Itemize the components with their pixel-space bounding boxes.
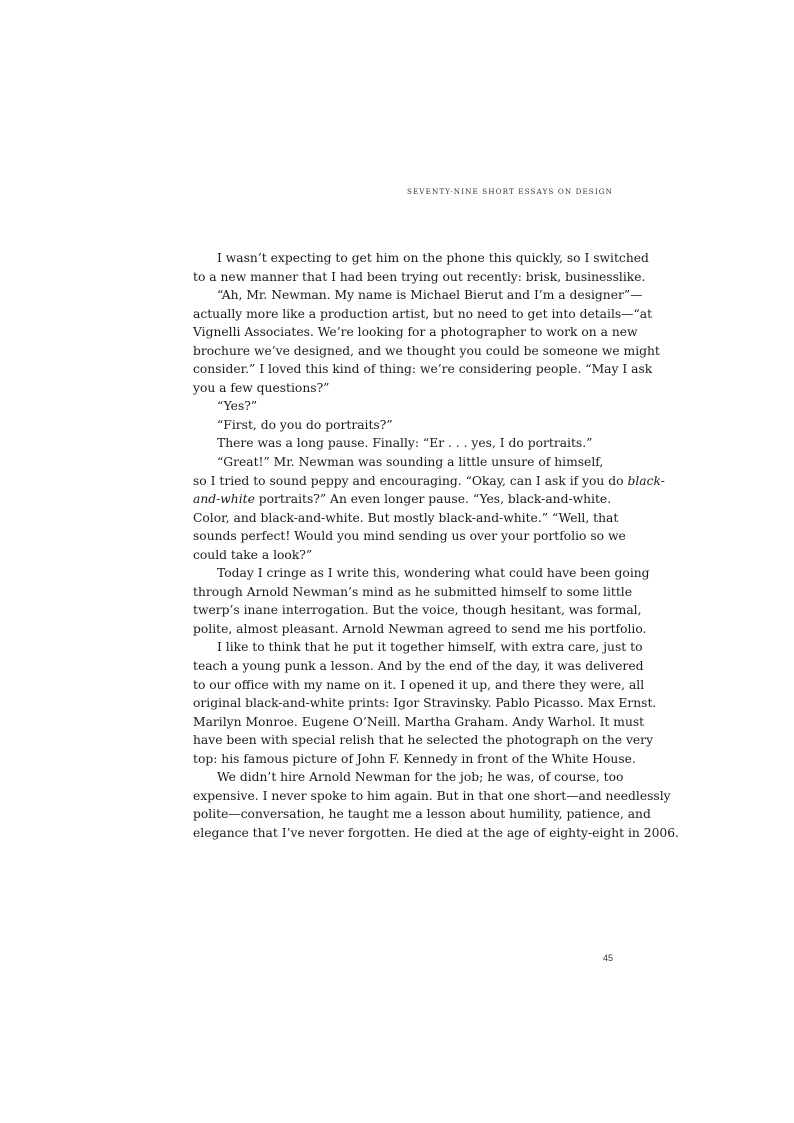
text-line: Marilyn Monroe. Eugene O’Neill. Martha G…: [193, 713, 615, 732]
text-line: teach a young punk a lesson. And by the …: [193, 657, 615, 676]
text-line: I wasn’t expecting to get him on the pho…: [193, 249, 615, 268]
text-line: “First, do you do portraits?”: [193, 416, 615, 435]
text-line: you a few questions?”: [193, 379, 615, 398]
text-line: Vignelli Associates. We’re looking for a…: [193, 323, 615, 342]
italic-text: black-: [627, 474, 664, 488]
text-line: could take a look?”: [193, 546, 615, 565]
text-line: twerp’s inane interrogation. But the voi…: [193, 601, 615, 620]
running-head: SEVENTY-NINE SHORT ESSAYS ON DESIGN: [380, 187, 613, 196]
text-line: There was a long pause. Finally: “Er . .…: [193, 434, 615, 453]
italic-text: and-white: [193, 492, 255, 506]
text-line: to our office with my name on it. I open…: [193, 676, 615, 695]
text-line: consider.” I loved this kind of thing: w…: [193, 360, 615, 379]
text-line: brochure we’ve designed, and we thought …: [193, 342, 615, 361]
text-line: so I tried to sound peppy and encouragin…: [193, 472, 615, 491]
text-line: Color, and black-and-white. But mostly b…: [193, 509, 615, 528]
text-line: Today I cringe as I write this, wonderin…: [193, 564, 615, 583]
text-line: top: his famous picture of John F. Kenne…: [193, 750, 615, 769]
text-line: to a new manner that I had been trying o…: [193, 268, 615, 287]
text-line: through Arnold Newman’s mind as he submi…: [193, 583, 615, 602]
text-line: “Ah, Mr. Newman. My name is Michael Bier…: [193, 286, 615, 305]
text-line: “Great!” Mr. Newman was sounding a littl…: [193, 453, 615, 472]
text-line: expensive. I never spoke to him again. B…: [193, 787, 615, 806]
text-line: polite, almost pleasant. Arnold Newman a…: [193, 620, 615, 639]
text-line: “Yes?”: [193, 397, 615, 416]
page-number: 45: [590, 953, 613, 963]
text-line: have been with special relish that he se…: [193, 731, 615, 750]
text-line: elegance that I’ve never forgotten. He d…: [193, 824, 615, 843]
text-line: original black-and-white prints: Igor St…: [193, 694, 615, 713]
text-line: actually more like a production artist, …: [193, 305, 615, 324]
text-line: and-white portraits?” An even longer pau…: [193, 490, 615, 509]
essay-body: I wasn’t expecting to get him on the pho…: [193, 249, 615, 843]
text-span: portraits?” An even longer pause. “Yes, …: [255, 492, 611, 506]
text-line: I like to think that he put it together …: [193, 638, 615, 657]
text-span: so I tried to sound peppy and encouragin…: [193, 474, 627, 488]
text-line: We didn’t hire Arnold Newman for the job…: [193, 768, 615, 787]
text-line: polite—conversation, he taught me a less…: [193, 805, 615, 824]
text-line: sounds perfect! Would you mind sending u…: [193, 527, 615, 546]
